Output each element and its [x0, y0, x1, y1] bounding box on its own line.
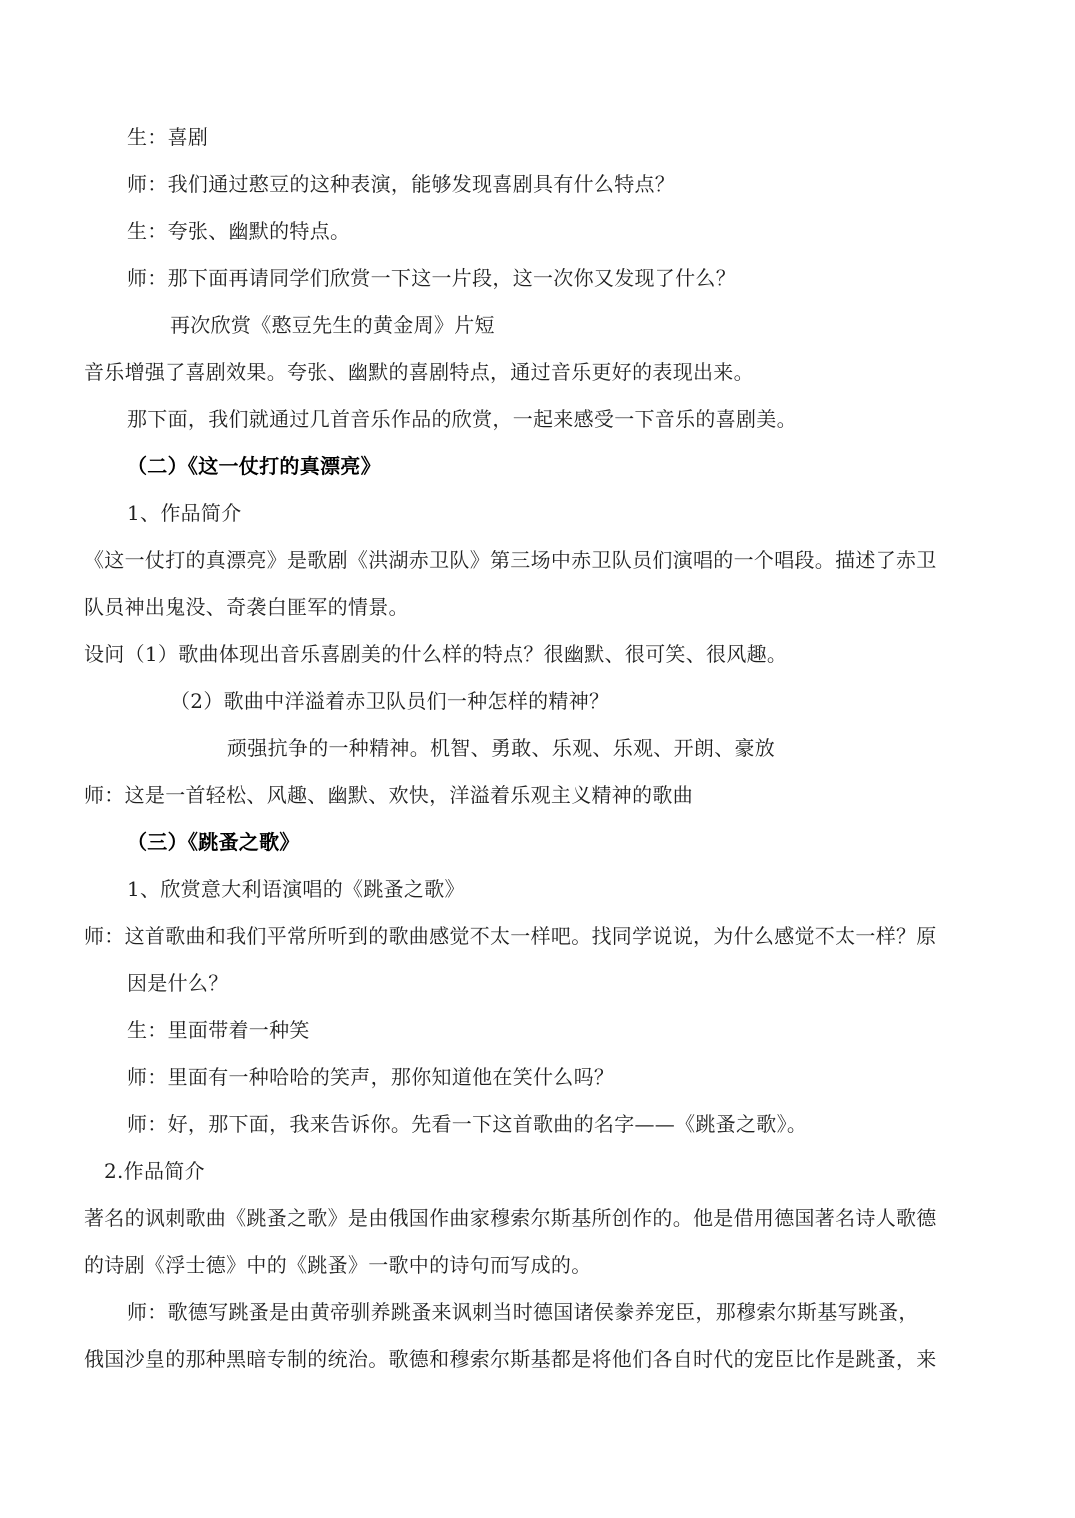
- answer-2: 顽强抗争的一种精神。机智、勇敢、乐观、乐观、开朗、豪放: [227, 735, 775, 761]
- document-page: 生：喜剧 师：我们通过憨豆的这种表演，能够发现喜剧具有什么特点？ 生：夸张、幽默…: [0, 0, 1075, 1518]
- dialogue-student-answer-features: 生：夸张、幽默的特点。: [127, 218, 350, 244]
- stage-direction-replay: 再次欣赏《憨豆先生的黄金周》片短: [170, 312, 495, 338]
- paragraph-transition: 那下面，我们就通过几首音乐作品的欣赏，一起来感受一下音乐的喜剧美。: [127, 406, 797, 432]
- section-heading-3: （三）《跳蚤之歌》: [127, 829, 300, 855]
- dialogue-teacher-different-line-1: 师：这首歌曲和我们平常所听到的歌曲感觉不太一样吧。找同学说说，为什么感觉不太一样…: [84, 923, 937, 949]
- paragraph-flea-song-line-1: 著名的讽刺歌曲《跳蚤之歌》是由俄国作曲家穆索尔斯基所创作的。他是借用德国著名诗人…: [84, 1205, 937, 1231]
- subheading-work-intro-1: 1、作品简介: [127, 500, 242, 526]
- paragraph-music-effect: 音乐增强了喜剧效果。夸张、幽默的喜剧特点，通过音乐更好的表现出来。: [84, 359, 754, 385]
- question-1: 设问（1）歌曲体现出音乐喜剧美的什么样的特点？很幽默、很可笑、很风趣。: [84, 641, 787, 667]
- question-2: （2）歌曲中洋溢着赤卫队员们一种怎样的精神？: [170, 688, 609, 714]
- subheading-listen: 1、欣赏意大利语演唱的《跳蚤之歌》: [127, 876, 465, 902]
- dialogue-teacher-question-features: 师：我们通过憨豆的这种表演，能够发现喜剧具有什么特点？: [127, 171, 675, 197]
- dialogue-teacher-goethe-line-2: 俄国沙皇的那种黑暗专制的统治。歌德和穆索尔斯基都是将他们各自时代的宠臣比作是跳蚤…: [84, 1346, 937, 1372]
- dialogue-teacher-song-name: 师：好，那下面，我来告诉你。先看一下这首歌曲的名字——《跳蚤之歌》。: [127, 1111, 807, 1137]
- paragraph-flea-song-line-2: 的诗剧《浮士德》中的《跳蚤》一歌中的诗句而写成的。: [84, 1252, 592, 1278]
- dialogue-teacher-different-line-2: 因是什么？: [127, 970, 229, 996]
- subheading-work-intro-2: 2.作品简介: [104, 1158, 205, 1184]
- dialogue-teacher-goethe-line-1: 师：歌德写跳蚤是由黄帝驯养跳蚤来讽刺当时德国诸侯豢养宠臣，那穆索尔斯基写跳蚤，: [127, 1299, 919, 1325]
- dialogue-teacher-laugh-question: 师：里面有一种哈哈的笑声，那你知道他在笑什么吗？: [127, 1064, 614, 1090]
- dialogue-student-comedy: 生：喜剧: [127, 124, 208, 150]
- dialogue-teacher-summary: 师：这是一首轻松、风趣、幽默、欢快，洋溢着乐观主义精神的歌曲: [84, 782, 693, 808]
- section-heading-2: （二）《这一仗打的真漂亮》: [127, 453, 381, 479]
- paragraph-intro-line-2: 队员神出鬼没、奇袭白匪军的情景。: [84, 594, 409, 620]
- dialogue-student-laugh: 生：里面带着一种笑: [127, 1017, 310, 1043]
- dialogue-teacher-watch-again: 师：那下面再请同学们欣赏一下这一片段，这一次你又发现了什么？: [127, 265, 736, 291]
- paragraph-intro-line-1: 《这一仗打的真漂亮》是歌剧《洪湖赤卫队》第三场中赤卫队员们演唱的一个唱段。描述了…: [84, 547, 937, 573]
